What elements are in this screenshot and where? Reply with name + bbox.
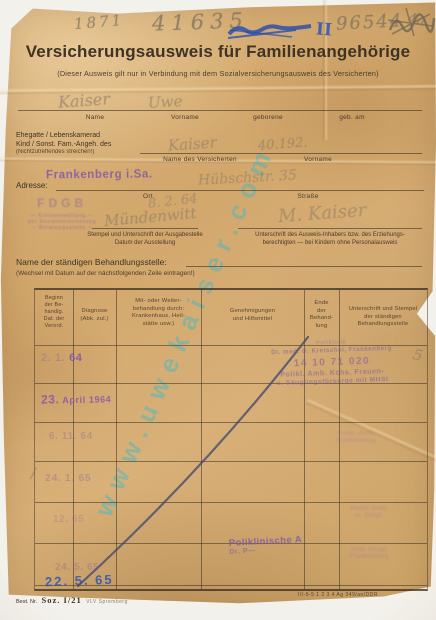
rule <box>56 190 424 191</box>
field-label-geborene: geborene <box>238 114 298 121</box>
rule <box>201 290 202 589</box>
field-label-geb-am: geb. am <box>322 114 382 121</box>
faint-stamp: Amb. Säugl.Frankenberg <box>329 546 409 560</box>
field-label-insured-name: Name des Versicherten <box>150 156 250 163</box>
pencil-annotation: 96544 <box>335 10 403 34</box>
date-stamp-row6: 24. 5. 65 <box>55 562 99 573</box>
city-stamp: Frankenberg i.Sa. <box>46 169 153 182</box>
document-title: Versicherungsausweis für Familienangehör… <box>0 42 436 62</box>
written-name: Kaiser <box>57 89 110 112</box>
treatment-note: (Wechsel mit Datum auf der nächstfolgend… <box>16 270 195 277</box>
rule <box>92 228 198 229</box>
relation-label: Ehegatte / Lebenskamerad Kind / Sonst. F… <box>16 131 111 157</box>
pencil-annotation: 4a <box>407 11 426 29</box>
field-label-insured-vorname: Vorname <box>288 156 348 163</box>
col-header-diagnose: Diagnose(Abk. zul.) <box>73 308 116 323</box>
pencil-annotation: 41635 <box>152 8 250 35</box>
written-insured-name: Kaiser <box>167 133 217 154</box>
rule <box>140 153 422 154</box>
pen-date-row6: 22. 5. 65 <box>45 572 114 589</box>
date-stamp-row2: 23. April 1964 <box>41 389 112 408</box>
rule <box>18 110 422 111</box>
pencil-mark: / <box>31 466 36 482</box>
faint-stamp: Polikl. Amb.m. Säugl. <box>329 505 409 519</box>
col-header-weiterbehandlung: Mit- oder Weiter-behandlung durch:Kranke… <box>116 298 201 328</box>
clinic-stamp: Poliklinik Dr. med. G. Kretschel, Franke… <box>238 337 426 391</box>
form-number: Best. Nr. Soz. I/21 VLV Spremberg <box>16 590 128 608</box>
rule <box>116 290 117 589</box>
treatment-label: Name der ständigen Behandlungsstelle: <box>16 257 167 267</box>
field-label-name: Name <box>65 114 125 121</box>
field-label-strasse: Straße <box>278 193 338 200</box>
rule <box>304 290 305 589</box>
holder-caption: Unterschrift des Ausweis-Inhabers bzw. d… <box>228 231 432 247</box>
col-header-genehmigungen: Genehmigungenund Hilfsmittel <box>201 308 304 323</box>
poliklinische-stamp: Poliklinische A Dr. P— <box>229 534 303 556</box>
blue-numeral: II <box>315 19 332 40</box>
address-label: Adresse: <box>16 181 48 190</box>
faint-stamp: Polikl. Amb.Frankenberg <box>311 430 401 444</box>
treatment-table: Beginnder Be-handlg.Dat. derVerord. Diag… <box>34 288 428 591</box>
print-code: III-9-5 1 2 3 4 Ag 349/ao/DDR <box>298 592 378 598</box>
field-label-vorname: Vorname <box>155 114 215 121</box>
document-subtitle: (Dieser Ausweis gilt nur in Verbindung m… <box>0 69 436 78</box>
col-header-unterschrift: Unterschrift und Stempelder ständigen Be… <box>339 306 427 329</box>
col-header-ende: EndederBehand-lung <box>304 300 339 330</box>
col-header-beginn: Beginnder Be-handlg.Dat. derVerord. <box>35 295 73 330</box>
scanned-document: www.uwekaiser.com 1871 41635 II 96544 4a… <box>0 0 436 620</box>
rule <box>35 422 427 423</box>
date-stamp-row4: 24. 1. 65 <box>45 472 91 484</box>
date-stamp-row1: 2. 1. 64 <box>41 352 83 364</box>
rule <box>35 461 427 462</box>
issuer-caption: Stempel und Unterschrift der Ausgabestel… <box>40 231 250 247</box>
rule <box>35 502 427 503</box>
fdgb-stamp: FDGB — Kreisverwaltung — der Sozialversi… <box>28 196 96 231</box>
date-stamp-row5: 12. 65 <box>53 514 84 525</box>
written-vorname: Uwe <box>148 92 183 112</box>
rule <box>238 228 422 229</box>
date-stamp-row3: 6. 11. 64 <box>49 431 93 442</box>
rule <box>186 266 422 267</box>
